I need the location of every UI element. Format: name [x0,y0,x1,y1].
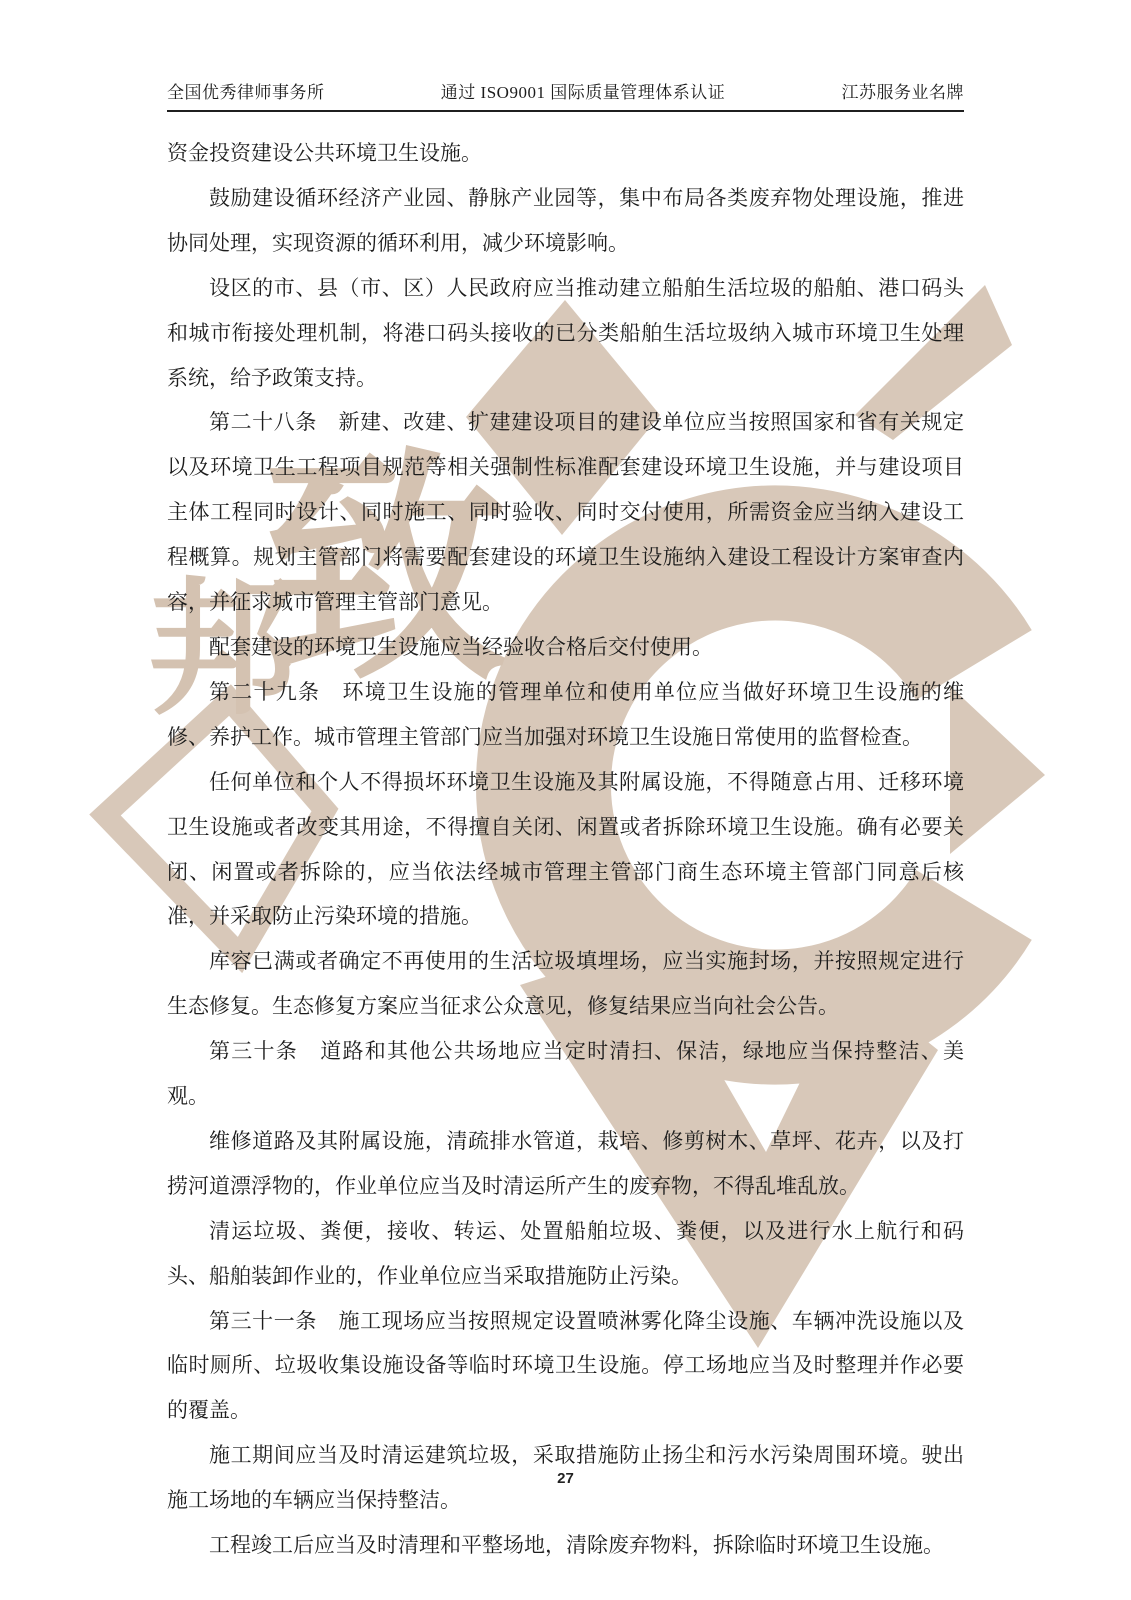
document-body: 资金投资建设公共环境卫生设施。鼓励建设循环经济产业园、静脉产业园等，集中布局各类… [167,131,964,1568]
paragraph: 工程竣工后应当及时清理和平整场地，清除废弃物料，拆除临时环境卫生设施。 [167,1523,964,1568]
document-page: 致 邦 全国优秀律师事务所 通过 ISO9001 国际质量管理体系认证 江苏服务… [0,0,1131,1600]
paragraph: 第二十九条 环境卫生设施的管理单位和使用单位应当做好环境卫生设施的维修、养护工作… [167,670,964,760]
paragraph: 第三十一条 施工现场应当按照规定设置喷淋雾化降尘设施、车辆冲洗设施以及临时厕所、… [167,1299,964,1434]
header-right-title: 江苏服务业名牌 [842,78,965,103]
watermark-right-wedge [950,686,1045,854]
paragraph: 库容已满或者确定不再使用的生活垃圾填埋场，应当实施封场，并按照规定进行生态修复。… [167,939,964,1029]
paragraph: 设区的市、县（市、区）人民政府应当推动建立船舶生活垃圾的船舶、港口码头和城市衔接… [167,266,964,401]
page-number: 27 [557,1470,574,1487]
paragraph: 清运垃圾、粪便，接收、转运、处置船舶垃圾、粪便，以及进行水上航行和码头、船舶装卸… [167,1209,964,1299]
header-center-title: 通过 ISO9001 国际质量管理体系认证 [441,78,725,103]
page-footer: 27 [0,1470,1131,1488]
header-left-title: 全国优秀律师事务所 [167,78,325,103]
page-header: 全国优秀律师事务所 通过 ISO9001 国际质量管理体系认证 江苏服务业名牌 [167,74,964,112]
paragraph: 第二十八条 新建、改建、扩建建设项目的建设单位应当按照国家和省有关规定以及环境卫… [167,400,964,625]
paragraph: 任何单位和个人不得损坏环境卫生设施及其附属设施，不得随意占用、迁移环境卫生设施或… [167,760,964,940]
paragraph: 配套建设的环境卫生设施应当经验收合格后交付使用。 [167,625,964,670]
paragraph: 维修道路及其附属设施，清疏排水管道，栽培、修剪树木、草坪、花卉，以及打捞河道漂浮… [167,1119,964,1209]
paragraph: 第三十条 道路和其他公共场地应当定时清扫、保洁，绿地应当保持整洁、美观。 [167,1029,964,1119]
paragraph: 鼓励建设循环经济产业园、静脉产业园等，集中布局各类废弃物处理设施，推进协同处理，… [167,176,964,266]
paragraph: 资金投资建设公共环境卫生设施。 [167,131,964,176]
